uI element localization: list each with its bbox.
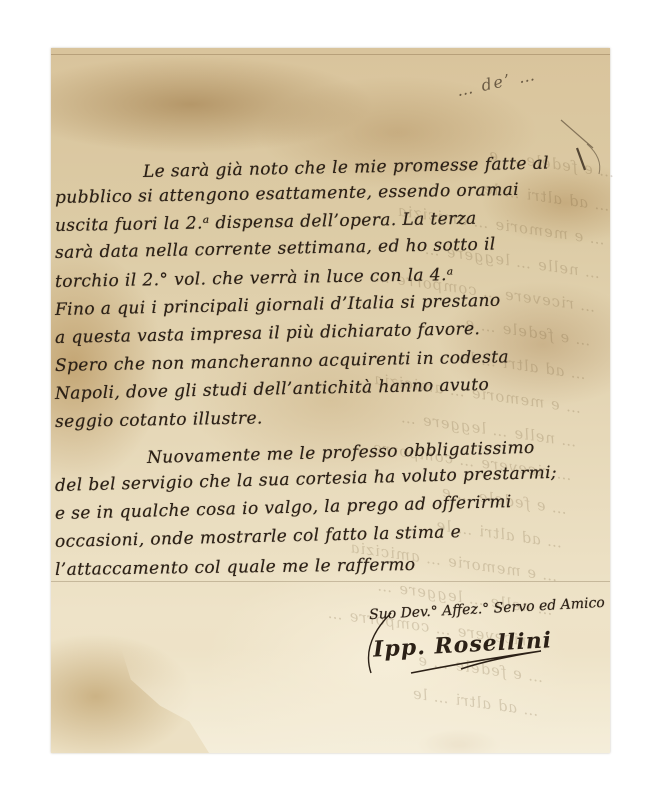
letter-line: torchio il 2.° vol. che verrà in luce co… bbox=[55, 265, 454, 292]
letter-line: occasioni, onde mostrarle col fatto la s… bbox=[55, 522, 462, 552]
letter-line: pubblico si attengono esattamente, essen… bbox=[55, 180, 519, 208]
image-canvas: … e fedele … e … ad altri … le … e memor… bbox=[0, 0, 658, 800]
letter-line: a questa vasta impresa il più dichiarato… bbox=[55, 319, 481, 348]
letter-body: Le sarà già noto che le mie promesse fat… bbox=[51, 48, 610, 753]
letter-line: e se in qualche cosa io valgo, la prego … bbox=[55, 492, 512, 524]
letter-line: Napoli, dove gli studi dell’antichità ha… bbox=[55, 375, 490, 404]
letter-line: Le sarà già noto che le mie promesse fat… bbox=[143, 153, 549, 182]
letter-line: Spero che non mancheranno acquirenti in … bbox=[55, 347, 509, 376]
letter-line: sarà data nella corrente settimana, ed h… bbox=[55, 235, 496, 263]
letter-sheet: … e fedele … e … ad altri … le … e memor… bbox=[51, 48, 610, 753]
letter-line: seggio cotanto illustre. bbox=[55, 408, 263, 432]
letter-line: Fino a qui i principali giornali d’Itali… bbox=[55, 291, 501, 320]
letter-line: Nuovamente me le professo obbligatissimo bbox=[147, 438, 535, 468]
letter-line: del bel servigio che la sua cortesia ha … bbox=[55, 463, 558, 496]
letter-line: l’attaccamento col quale me le raffermo bbox=[55, 555, 416, 580]
letter-line: uscita fuori la 2.ᵃ dispensa dell’opera.… bbox=[55, 209, 477, 236]
